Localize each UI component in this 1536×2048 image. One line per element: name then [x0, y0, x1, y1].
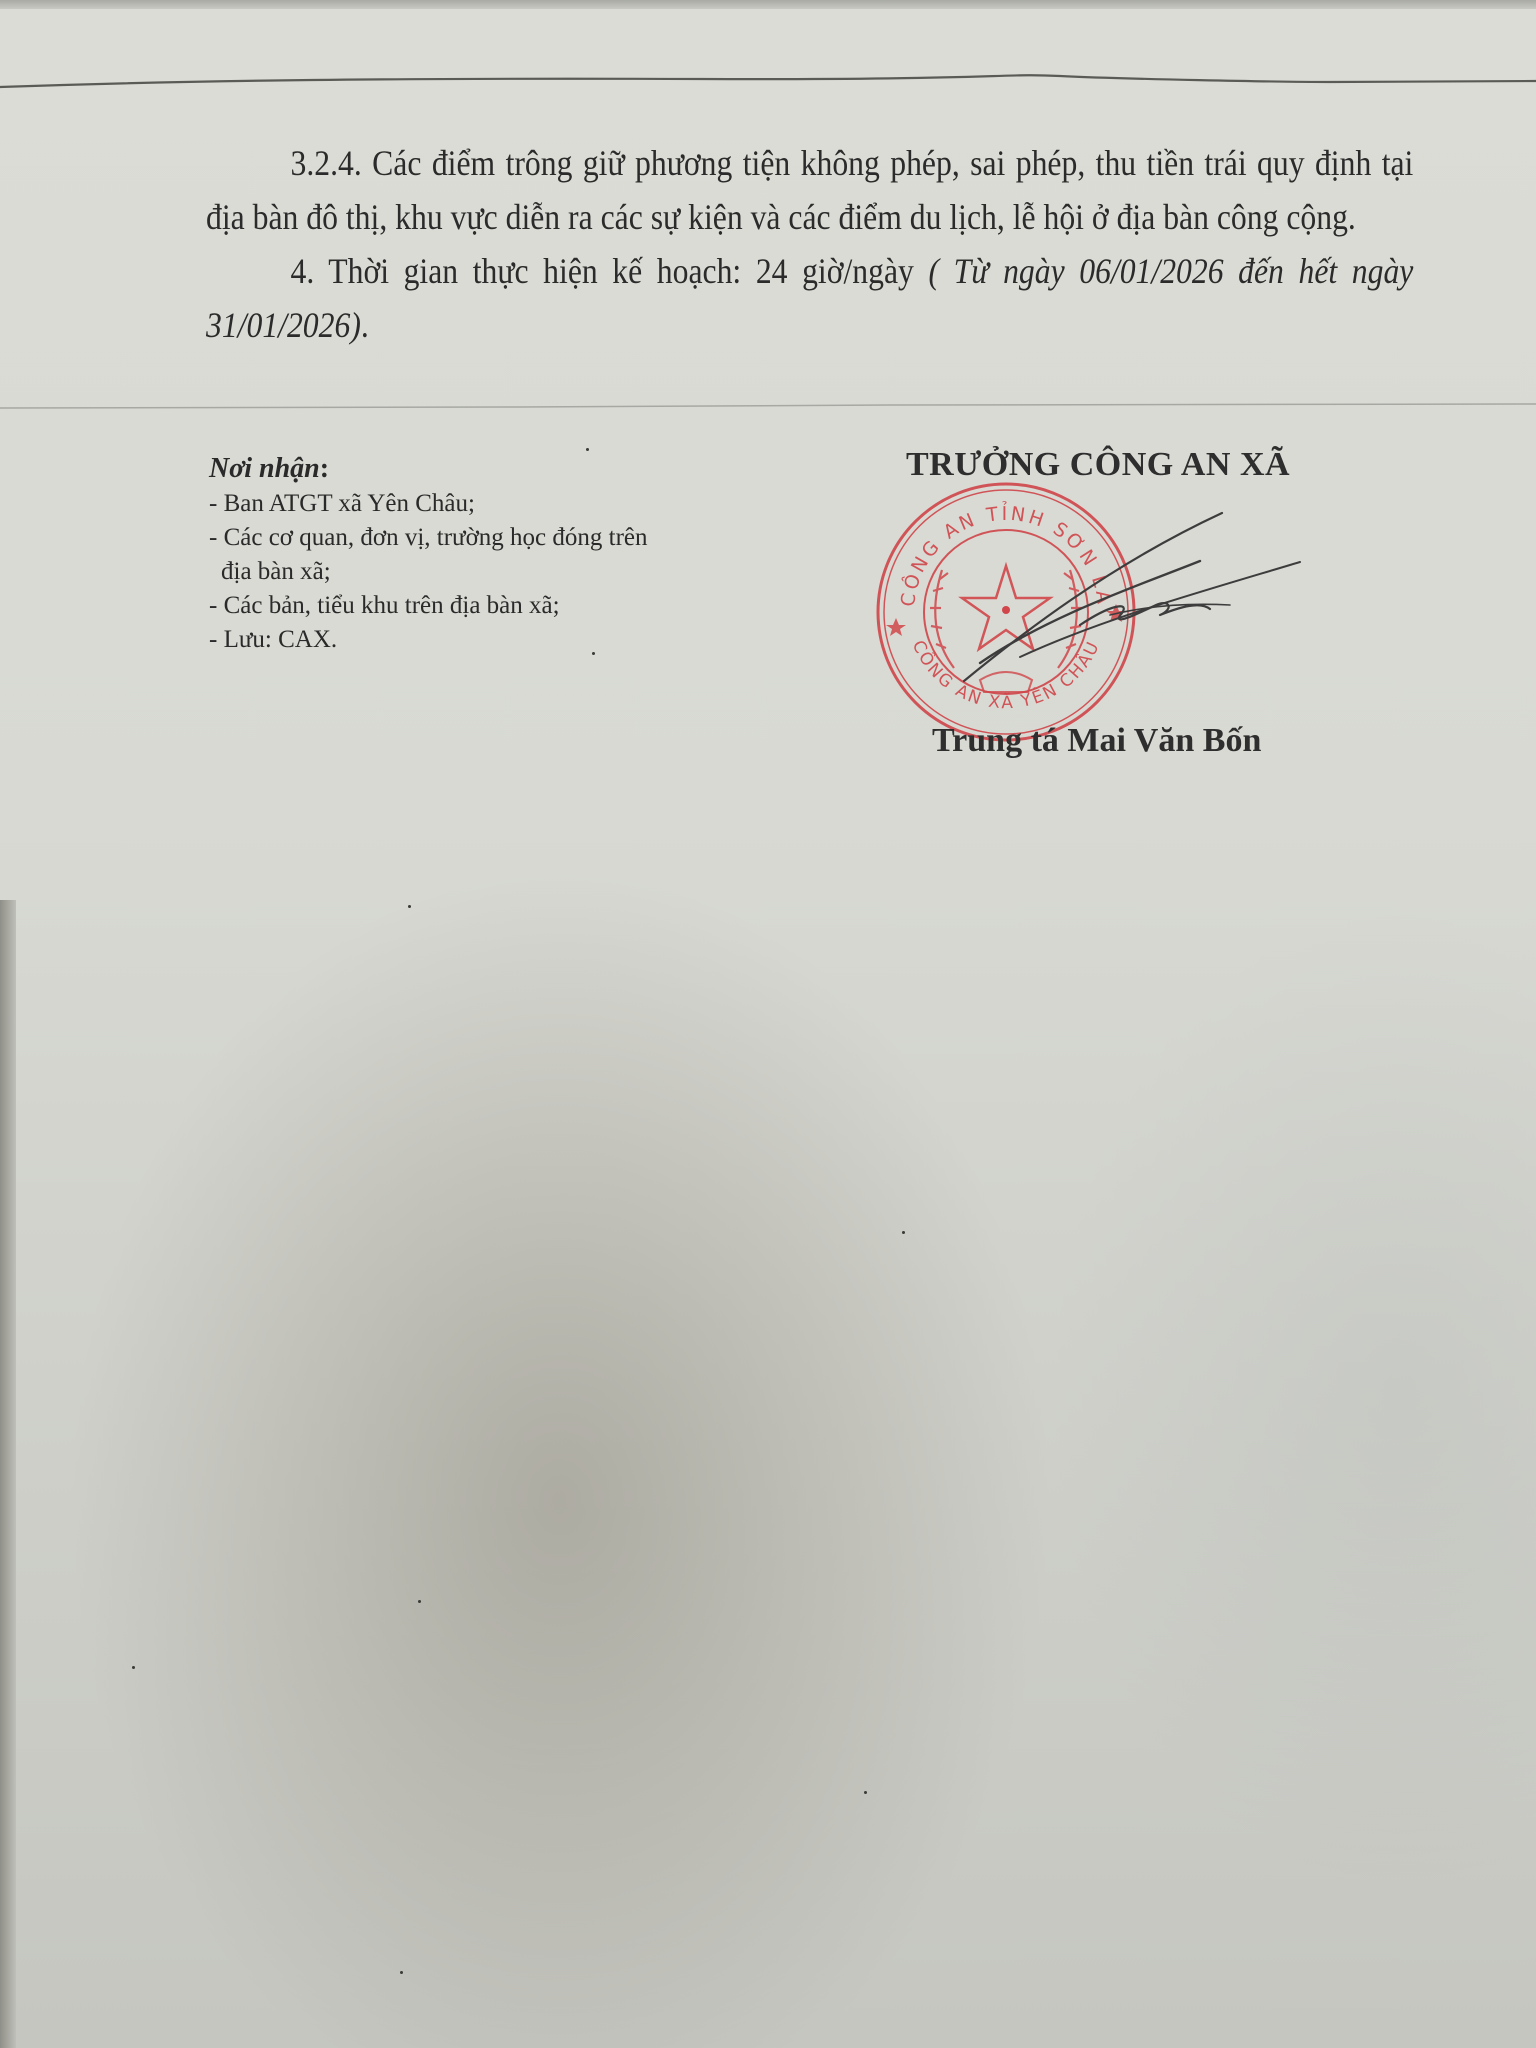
recipient-item: - Các bản, tiểu khu trên địa bàn xã; — [209, 589, 648, 623]
recipients-title: Nơi nhận — [209, 453, 320, 484]
paper-speck — [864, 1791, 867, 1794]
paragraph-4-end: . — [361, 305, 369, 345]
paper-speck — [418, 1600, 421, 1603]
paragraph-4: 4. Thời gian thực hiện kế hoạch: 24 giờ/… — [206, 244, 1413, 352]
recipients-heading: Nơi nhận: — [209, 452, 648, 487]
handwritten-signature — [960, 505, 1310, 705]
signer-name: Trung tá Mai Văn Bốn — [932, 722, 1261, 760]
recipients-title-colon: : — [320, 453, 329, 484]
paper-left-edge — [0, 900, 16, 2048]
paper-speck — [400, 1971, 403, 1974]
recipient-item: - Các cơ quan, đơn vị, trường học đóng t… — [209, 521, 648, 555]
recipient-item: - Ban ATGT xã Yên Châu; — [209, 487, 648, 521]
recipients-block: Nơi nhận: - Ban ATGT xã Yên Châu; - Các … — [209, 452, 648, 657]
paper-speck — [902, 1231, 905, 1234]
paper-speck — [408, 905, 411, 908]
header-rule-line — [0, 0, 1536, 120]
paper-speck — [132, 1666, 135, 1669]
recipient-item-continuation: địa bàn xã; — [209, 555, 648, 589]
paper-speck — [592, 652, 595, 655]
paragraph-4-regular: 4. Thời gian thực hiện kế hoạch: 24 giờ/… — [290, 251, 928, 291]
document-body: 3.2.4. Các điểm trông giữ phương tiện kh… — [206, 136, 1413, 352]
paper-fold-crease — [0, 400, 1536, 412]
recipient-item: - Lưu: CAX. — [209, 623, 648, 657]
paper-speck — [586, 448, 589, 451]
paragraph-3-2-4: 3.2.4. Các điểm trông giữ phương tiện kh… — [206, 136, 1413, 244]
